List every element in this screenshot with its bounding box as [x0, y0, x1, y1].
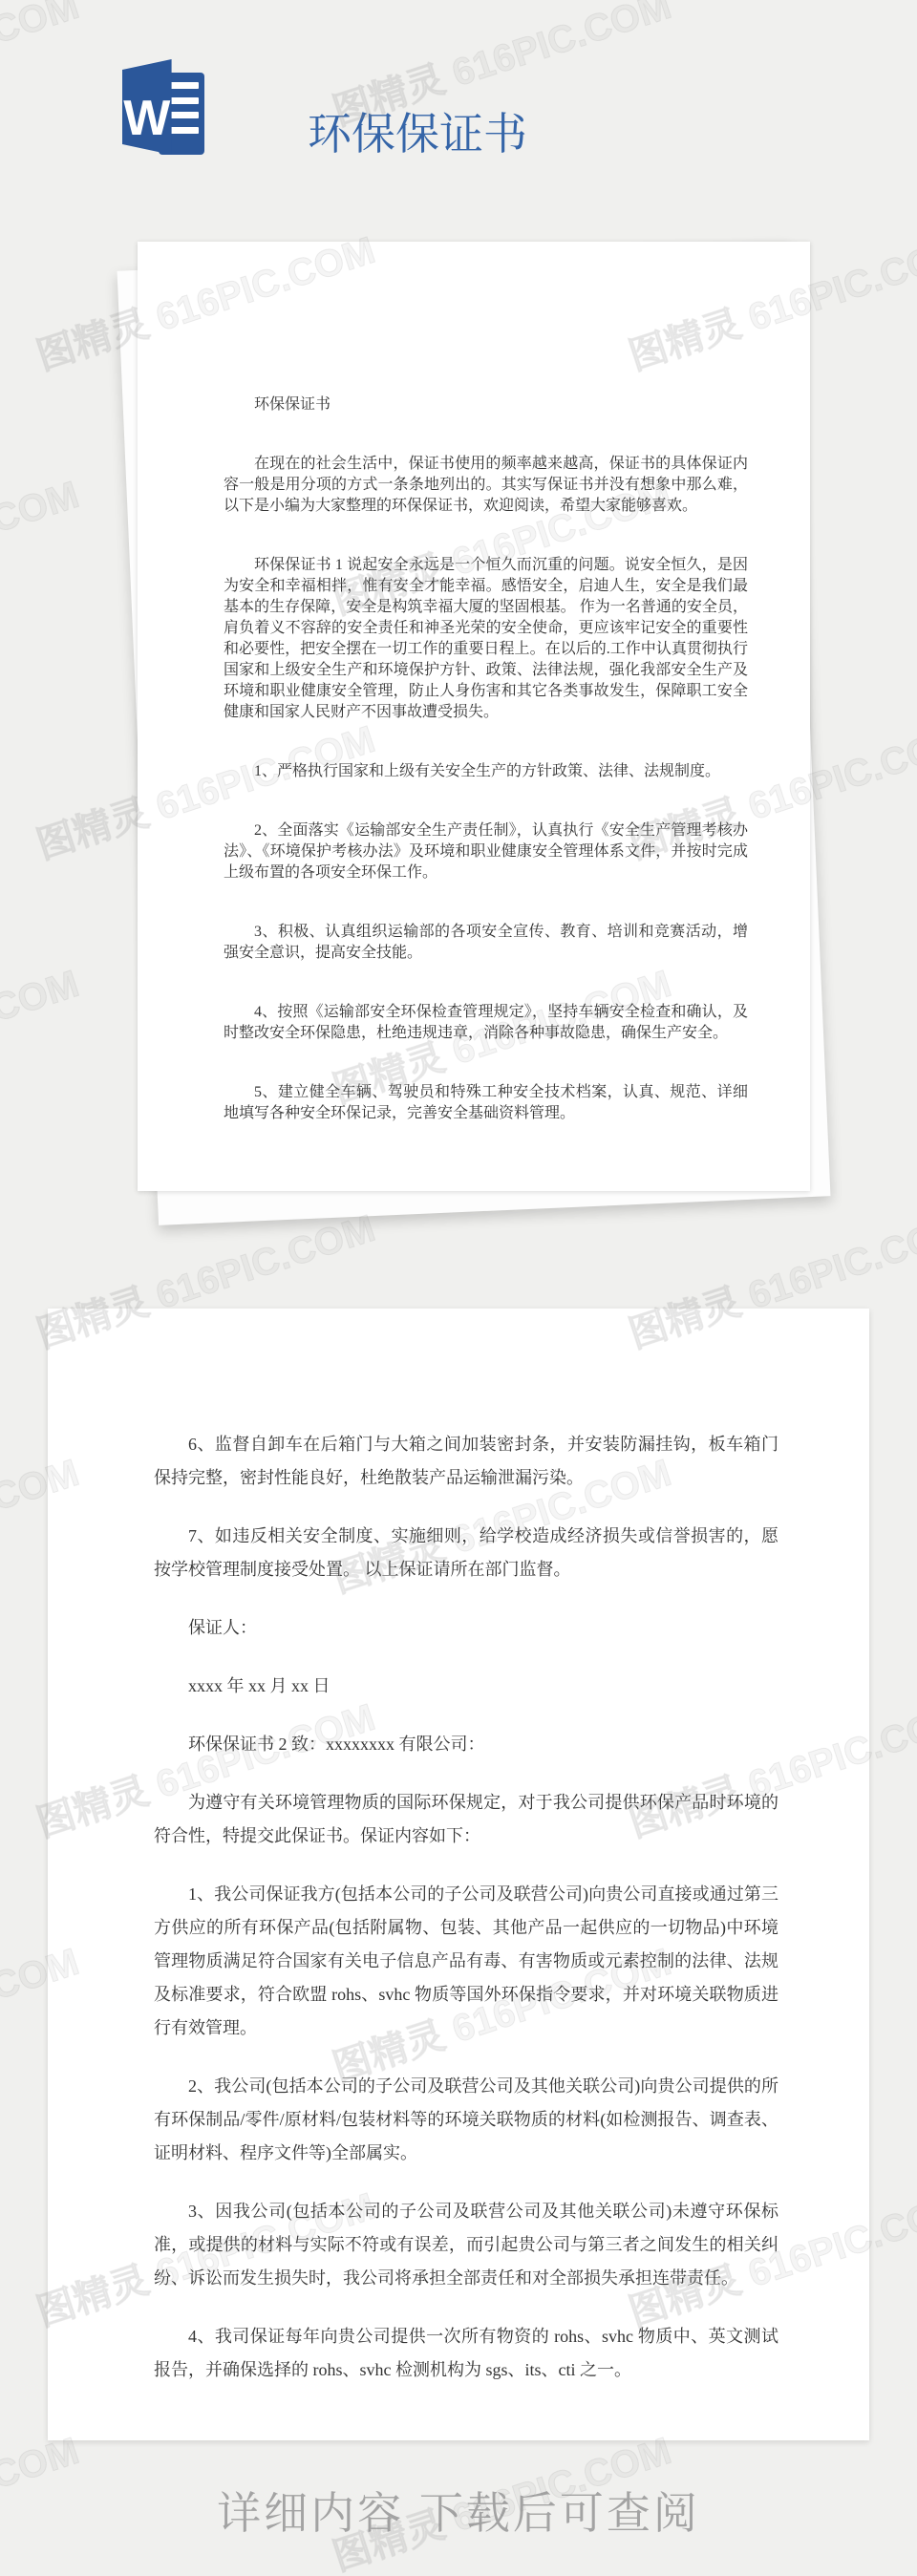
word-icon-letter: W	[123, 94, 170, 143]
document-1-body: 在现在的社会生活中，保证书使用的频率越来越高，保证书的具体保证内容一般是用分项的…	[224, 454, 748, 1124]
doc-paragraph: 6、监督自卸车在后箱门与大箱之间加装密封条，并安装防漏挂钩，板车箱门保持完整，密…	[154, 1428, 778, 1495]
doc-paragraph: xxxx 年 xx 月 xx 日	[154, 1670, 778, 1703]
footer-note: 详细内容 下载后可查阅	[0, 2479, 917, 2542]
doc-paragraph: 5、建立健全车辆、驾驶员和特殊工种安全技术档案，认真、规范、详细地填写各种安全环…	[224, 1082, 748, 1124]
document-page-1: 环保保证书 在现在的社会生活中，保证书使用的频率越来越高，保证书的具体保证内容一…	[138, 242, 810, 1191]
preview-canvas: W 环保保证书 环保保证书 在现在的社会生活中，保证书使用的频率越来越高，保证书…	[0, 0, 917, 2576]
doc-paragraph: 1、严格执行国家和上级有关安全生产的方针政策、法律、法规制度。	[224, 761, 748, 782]
doc-paragraph: 4、我司保证每年向贵公司提供一次所有物资的 rohs、svhc 物质中、英文测试…	[154, 2320, 778, 2387]
word-file-icon: W	[122, 59, 204, 155]
page-title: 环保保证书	[308, 107, 527, 162]
doc-paragraph: 2、全面落实《运输部安全生产责任制》，认真执行《安全生产管理考核办法》、《环境保…	[224, 820, 748, 884]
doc-paragraph: 环保保证书 1 说起安全永远是一个恒久而沉重的问题。说安全恒久，是因为安全和幸福…	[224, 555, 748, 723]
header: W 环保保证书	[0, 0, 917, 201]
watermark-text: 图精灵 616PIC.COM	[0, 464, 85, 625]
watermark-text: 图精灵 616PIC.COM	[0, 953, 85, 1114]
doc-paragraph: 3、因我公司(包括本公司的子公司及联营公司及其他关联公司)未遵守环保标准，或提供…	[154, 2195, 778, 2295]
document-title: 环保保证书	[224, 394, 748, 415]
doc-paragraph: 7、如违反相关安全制度、实施细则，给学校造成经济损失或信誉损害的，愿按学校管理制…	[154, 1520, 778, 1586]
doc-paragraph: 1、我公司保证我方(包括本公司的子公司及联营公司)向贵公司直接或通过第三方供应的…	[154, 1878, 778, 2045]
word-icon-panel: W	[122, 59, 172, 155]
doc-paragraph: 2、我公司(包括本公司的子公司及联营公司及其他关联公司)向贵公司提供的所有环保制…	[154, 2070, 778, 2170]
doc-paragraph: 环保保证书 2 致：xxxxxxxx 有限公司：	[154, 1728, 778, 1761]
document-page-2: 6、监督自卸车在后箱门与大箱之间加装密封条，并安装防漏挂钩，板车箱门保持完整，密…	[48, 1309, 869, 2440]
doc-paragraph: 在现在的社会生活中，保证书使用的频率越来越高，保证书的具体保证内容一般是用分项的…	[224, 454, 748, 517]
doc-paragraph: 保证人：	[154, 1611, 778, 1645]
doc-paragraph: 4、按照《运输部安全环保检查管理规定》，坚持车辆安全检查和确认，及时整改安全环保…	[224, 1002, 748, 1044]
document-2-body: 6、监督自卸车在后箱门与大箱之间加装密封条，并安装防漏挂钩，板车箱门保持完整，密…	[154, 1428, 778, 2387]
doc-paragraph: 3、积极、认真组织运输部的各项安全宣传、教育、培训和竞赛活动，增强安全意识，提高…	[224, 922, 748, 964]
doc-paragraph: 为遵守有关环境管理物质的国际环保规定，对于我公司提供环保产品时环境的符合性，特提…	[154, 1786, 778, 1853]
